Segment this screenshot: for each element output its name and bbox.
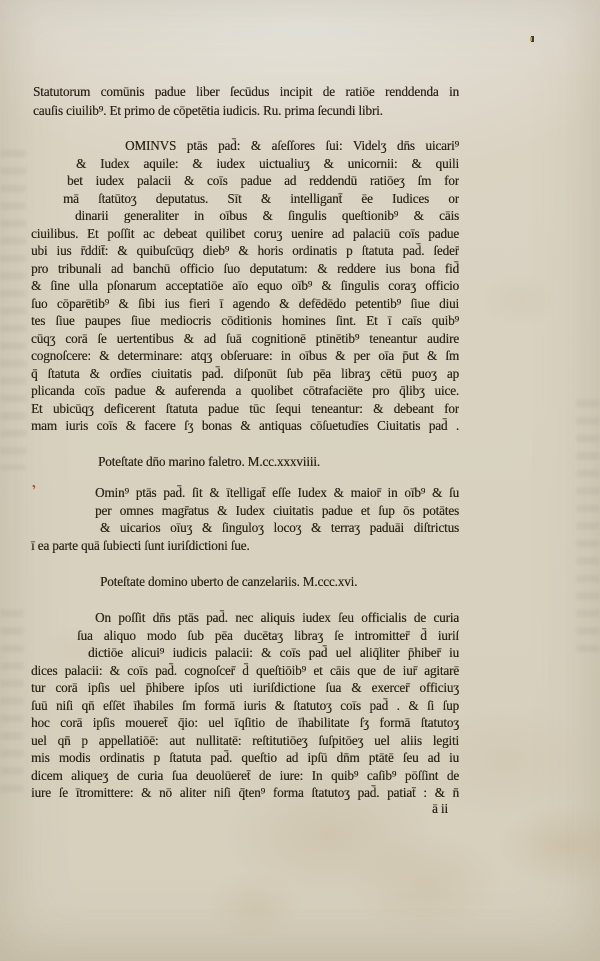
text-line: hoc corā ipſis moueret̄ q̄io: uel īqſiti… <box>31 714 459 732</box>
ink-speck-yellow <box>530 37 532 41</box>
text-line: cūqʒ corā ſe uertentibus & ad ſuā cognit… <box>31 330 459 348</box>
text-line: mam iuris coīs & facere ſʒ bonas & antiq… <box>31 417 459 435</box>
text-line: tes ſiue paupes ſiue mediocris cōditioni… <box>31 312 459 330</box>
heading-potestate-uberto: Poteſtate domino uberto de canzelariis. … <box>31 573 459 591</box>
text-line: ſua aliquo modo ſub pēa ducētaʒ libraʒ ſ… <box>31 627 459 645</box>
showthrough-right-margin <box>576 400 600 660</box>
incipit-header: Statutorum comūnis padue liber ſecūdus i… <box>33 82 459 120</box>
text-line: cauſis ciuilib⁹. Et primo de cōpetētia i… <box>33 101 459 120</box>
text-line: ā ii <box>432 800 492 818</box>
text-line: Poteſtate domino uberto de canzelariis. … <box>31 573 459 591</box>
text-line: Et ubicūqʒ deficerent ſtatuta padue tūc … <box>31 400 459 418</box>
paragraph-non-possit: On poſſit dn̄s ptās pad̄. nec aliquis iu… <box>31 609 459 802</box>
text-line: & uicarios oīuʒ & ſinguloʒ locoʒ & terra… <box>31 519 459 537</box>
showthrough-left-margin <box>0 150 26 470</box>
text-line: Statutorum comūnis padue liber ſecūdus i… <box>33 82 459 101</box>
text-line: On poſſit dn̄s ptās pad̄. nec aliquis iu… <box>31 609 459 627</box>
showthrough-left-margin-lower <box>0 610 24 800</box>
text-line: ciuilibus. Et poſſit ac debeat quilibet … <box>31 225 459 243</box>
text-line: OMINVS ptās pad̄: & aſeſſores ſui: Videl… <box>31 137 459 155</box>
text-line: iure ſe ītromittere: & nō aliter niſi q̄… <box>31 784 459 802</box>
text-line: ſuo cōparētib⁹ & ſibi ius fieri ī agendo… <box>31 295 459 313</box>
text-line: per omnes magr̄atus & Iudex ciuitatis pa… <box>31 502 459 520</box>
paragraph-dominus: OMINVS ptās pad̄: & aſeſſores ſui: Videl… <box>31 137 459 435</box>
text-line: dinarii generaliter in oībus & ſingulis … <box>31 207 459 225</box>
text-line: ſuū niſi qn̄ eſſēt īhabiles ſm formā iur… <box>31 697 459 715</box>
text-line: ubi ius r̄ddit̄: & quibuſcūqʒ dieb⁹ & ho… <box>31 242 459 260</box>
text-line: ī ea parte quā ſubiecti ſunt iuriſdictio… <box>31 537 459 555</box>
text-line: uel qn̄ p appellatiōē: aut nullitatē: re… <box>31 732 459 750</box>
quire-signature: ā ii <box>432 800 492 818</box>
text-line: tur corā ipſis uel p̄hibere ipſos uti iu… <box>31 679 459 697</box>
text-line: q̄ ſtatuta & ordīes ciuitatis pad̄. diſp… <box>31 365 459 383</box>
text-line: bet iudex palacii & coīs padue ad redden… <box>31 172 459 190</box>
text-line: dicem aliqueʒ de curia ſua deuolūeret̄ d… <box>31 767 459 785</box>
text-line: dictiōe alicui⁹ iudicis palacii: & coīs … <box>31 644 459 662</box>
text-line: & Iudex aquile: & iudex uictualiuʒ & uni… <box>31 155 459 173</box>
text-line: plicanda coīs padue & auferenda a quolib… <box>31 382 459 400</box>
text-line: mā ſtatūtoʒ deputatus. Sīt & intelligant… <box>31 190 459 208</box>
text-line: Omin⁹ ptās pad̄. ſit & ītelligat̄ eſſe I… <box>31 484 459 502</box>
text-line: mis modis ordinatis p ſtatuta pad̄. queſ… <box>31 749 459 767</box>
text-line: pro tribunali ad banchū officio ſuo depu… <box>31 260 459 278</box>
paragraph-dominus-potestas: Omin⁹ ptās pad̄. ſit & ītelligat̄ eſſe I… <box>31 484 459 554</box>
text-line: Poteſtate dn̄o marino faletro. M.cc.xxxv… <box>31 453 459 471</box>
text-line: cognoſcere: & determinare: atqʒ obſeruar… <box>31 347 459 365</box>
text-line: & ſine ulla pſonarum acceptatiōe aīo equ… <box>31 277 459 295</box>
text-line: dices palacii: & coīs pad̄. cognoſcer̄ d… <box>31 662 459 680</box>
parchment-page: Statutorum comūnis padue liber ſecūdus i… <box>0 0 600 961</box>
heading-potestate-marino: Poteſtate dn̄o marino faletro. M.cc.xxxv… <box>31 453 459 471</box>
